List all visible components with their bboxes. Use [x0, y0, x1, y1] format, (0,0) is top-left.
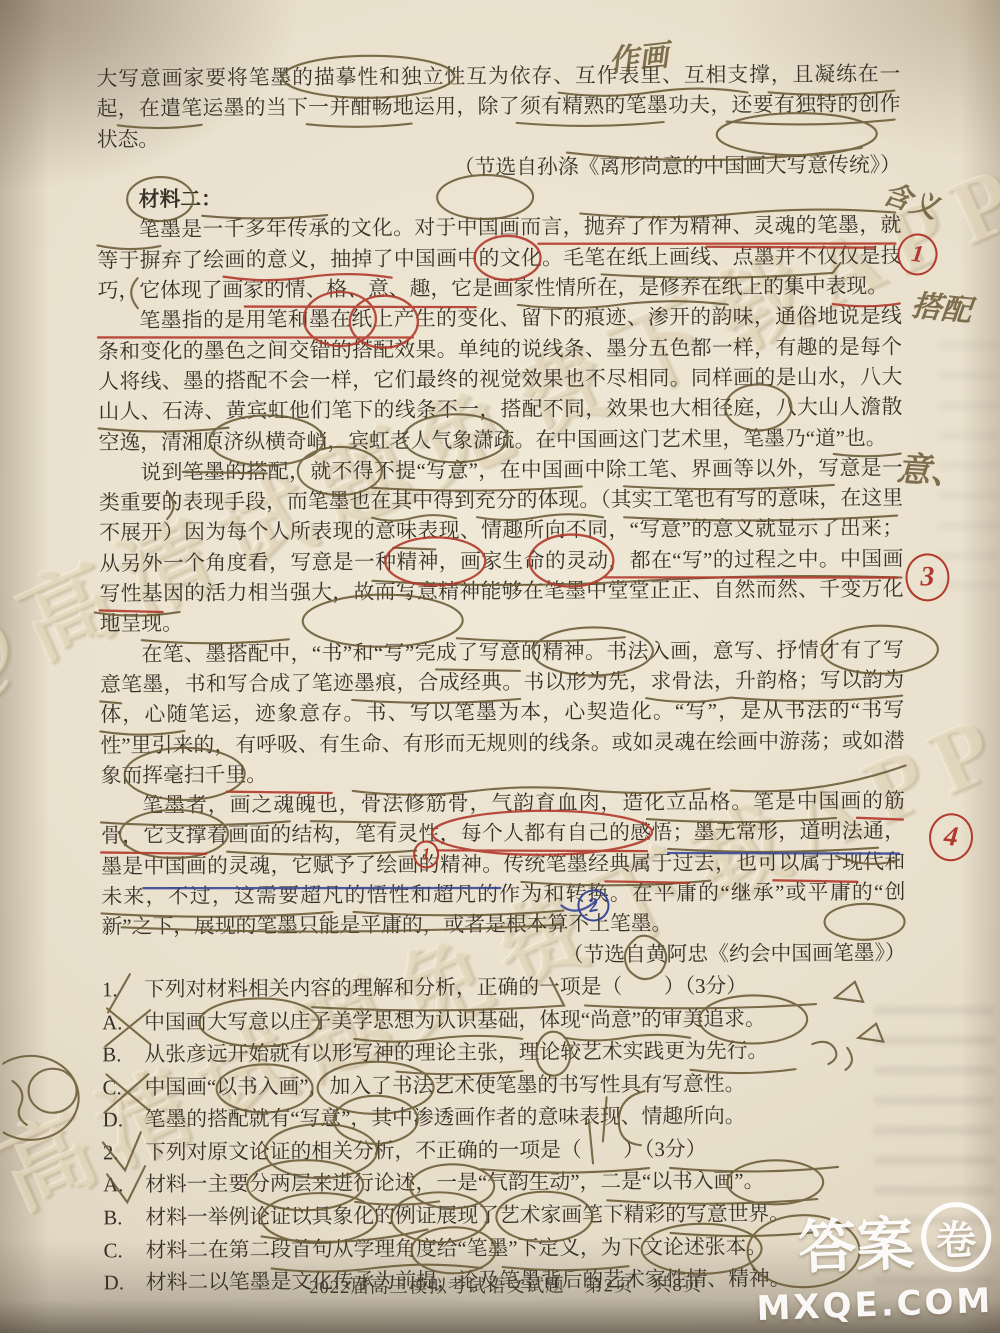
exam-paper-photo: @高清试题免费下载APP @高清试题免费下载APP 大写意画家要将笔墨的描摹性和…: [0, 0, 1000, 1333]
question-1-stem: 1.下列对材料相关内容的理解和分析，正确的一项是（ ）（3分）: [102, 969, 906, 1007]
option-label: B.: [102, 1039, 144, 1072]
question-1-option-d: D.笔墨的搭配就有“写意”，其中渗透画作者的意味表现、情趣所向。: [103, 1100, 907, 1138]
question-2-number: 2.: [103, 1137, 145, 1170]
handwritten-note-top: 作画: [606, 30, 670, 80]
option-text: 中国画大写意以庄子美学思想为认识基础，体现“尚意”的审美追求。: [144, 1007, 766, 1034]
circled-number-1-margin: 1: [895, 231, 940, 278]
option-label: C.: [102, 1072, 144, 1105]
material-two-heading: 材料二：: [97, 181, 901, 216]
question-2-text: 下列对原文论证的相关分析，不正确的一项是（ ）（3分）: [145, 1138, 707, 1164]
option-text: 材料二在第二段首句从学理角度给“笔墨”下定义，为下文论述张本。: [145, 1235, 767, 1262]
brand-site-url: MXQE.COM: [756, 1281, 994, 1329]
material-two-paragraph: 笔墨指的是用笔和墨在纸上产生的变化、留下的痕迹、渗开的韵味，通俗地说是线条和变化…: [98, 302, 903, 458]
circled-number-3-margin: 3: [905, 553, 949, 601]
option-text: 材料一举例论证以具象化的例证展现了艺术家画笔下精彩的写意世界。: [145, 1202, 790, 1229]
paper-sheet: 大写意画家要将笔墨的描摹性和独立性互为依存、互作表里、互相支撑，且凝练在一起，在…: [0, 0, 1000, 1333]
handwritten-note-right-3: 意、: [895, 441, 966, 494]
brand-name: 答案 卷: [753, 1194, 993, 1286]
material-two-paragraph: 笔墨是一千多年传承的文化。对于中国画而言，抛弃了作为精神、灵魂的笔墨，就等于摒弃…: [97, 211, 902, 307]
option-text: 从张彦远开始就有以形写神的理论主张，理论较艺术实践更为先行。: [144, 1039, 768, 1066]
option-label: B.: [103, 1202, 145, 1235]
option-label: C.: [103, 1235, 145, 1268]
question-1-number: 1.: [102, 974, 144, 1007]
material-one-tail-paragraph: 大写意画家要将笔墨的描摹性和独立性互为依存、互作表里、互相支撑，且凝练在一起，在…: [96, 60, 901, 156]
circled-number-1-inline: 1: [413, 840, 439, 868]
option-text: 中国画“以书入画”，加入了书法艺术使笔墨的书写性具有写意性。: [144, 1072, 745, 1099]
question-1-option-c: C.中国画“以书入画”，加入了书法艺术使笔墨的书写性具有写意性。: [102, 1067, 906, 1105]
question-2-option-a: A.材料一主要分两层来进行论述，一是“气韵生动”，二是“以书入画”。: [103, 1165, 907, 1203]
material-two-paragraph: 说到笔墨的搭配，就不得不提“写意”，在中国画中除工笔、界画等以外，写意是一类重要…: [99, 453, 904, 640]
circled-number-4-margin: 4: [927, 811, 976, 863]
material-two-paragraph: 在笔、墨搭配中，“书”和“写”完成了写意的精神。书法入画，意写、抒情才有了写意笔…: [100, 635, 905, 791]
brand-circle-logo: 卷: [920, 1201, 992, 1273]
material-two-paragraph: 笔墨者，画之魂魄也，骨法修筋骨，气韵育血肉，造化立品格。笔是中国画的筋骨，它支撑…: [101, 787, 906, 943]
option-text: 材料一主要分两层来进行论述，一是“气韵生动”，二是“以书入画”。: [145, 1170, 764, 1197]
question-1-option-b: B.从张彦远开始就有以形写神的理论主张，理论较艺术实践更为先行。: [102, 1035, 906, 1073]
brand-watermark: 答案 卷 MXQE.COM: [753, 1194, 994, 1329]
printed-text-column: 大写意画家要将笔墨的描摹性和独立性互为依存、互作表里、互相支撑，且凝练在一起，在…: [96, 60, 908, 1301]
option-label: A.: [103, 1170, 145, 1203]
question-2-stem: 2.下列对原文论证的相关分析，不正确的一项是（ ）（3分）: [103, 1132, 907, 1170]
option-label: A.: [102, 1007, 144, 1040]
material-two-source: （节选自黄阿忠《约会中国画笔墨》）: [102, 938, 906, 973]
question-1-option-a: A.中国画大写意以庄子美学思想为认识基础，体现“尚意”的审美追求。: [102, 1002, 906, 1040]
handwritten-note-right-2: 搭配: [910, 280, 974, 330]
material-one-source: （节选自孙涤《离形尚意的中国画大写意传统》）: [97, 150, 901, 185]
option-text: 笔墨的搭配就有“写意”，其中渗透画作者的意味表现、情趣所向。: [145, 1105, 746, 1132]
question-1-text: 下列对材料相关内容的理解和分析，正确的一项是（ ）（3分）: [144, 974, 747, 1001]
option-label: D.: [103, 1104, 145, 1137]
brand-name-text: 答案: [797, 1197, 916, 1285]
